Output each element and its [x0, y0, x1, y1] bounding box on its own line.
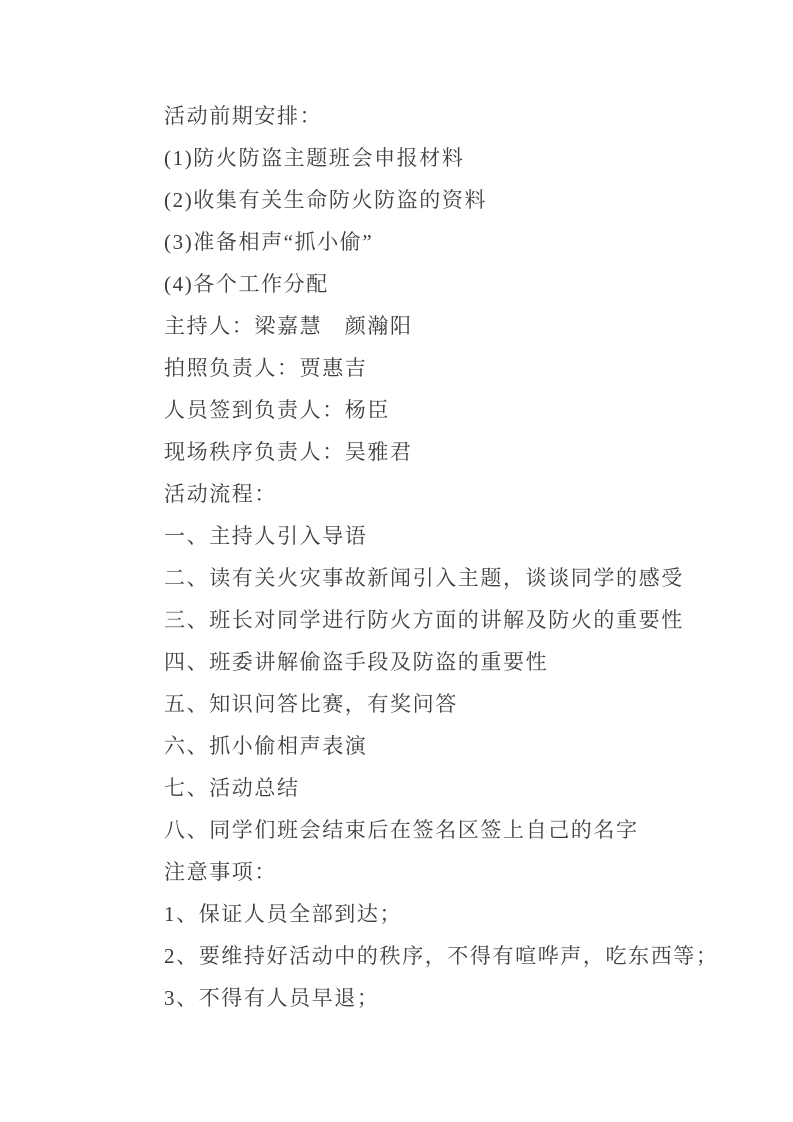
- line-note-3: 3、不得有人员早退；: [164, 977, 753, 1019]
- line-signin-lead: 人员签到负责人：杨臣: [164, 389, 753, 431]
- line-flow-step-8: 八、同学们班会结束后在签名区签上自己的名字: [164, 809, 753, 851]
- line-prep-item-2: (2)收集有关生命防火防盗的资料: [164, 179, 753, 221]
- line-flow-step-7: 七、活动总结: [164, 767, 753, 809]
- line-flow-step-6: 六、抓小偷相声表演: [164, 725, 753, 767]
- document-content: 活动前期安排： (1)防火防盗主题班会申报材料 (2)收集有关生命防火防盗的资料…: [164, 95, 753, 1019]
- line-activity-prep-heading: 活动前期安排：: [164, 95, 753, 137]
- line-flow-step-2: 二、读有关火灾事故新闻引入主题，谈谈同学的感受: [164, 557, 753, 599]
- line-flow-step-4: 四、班委讲解偷盗手段及防盗的重要性: [164, 641, 753, 683]
- line-activity-flow-heading: 活动流程：: [164, 473, 753, 515]
- line-flow-step-5: 五、知识问答比赛，有奖问答: [164, 683, 753, 725]
- line-flow-step-1: 一、主持人引入导语: [164, 515, 753, 557]
- line-photo-lead: 拍照负责人：贾惠吉: [164, 347, 753, 389]
- line-hosts: 主持人：梁嘉慧 颜瀚阳: [164, 305, 753, 347]
- line-order-lead: 现场秩序负责人：吴雅君: [164, 431, 753, 473]
- document-page: 活动前期安排： (1)防火防盗主题班会申报材料 (2)收集有关生命防火防盗的资料…: [0, 0, 793, 1122]
- line-prep-item-4: (4)各个工作分配: [164, 263, 753, 305]
- line-prep-item-3: (3)准备相声“抓小偷”: [164, 221, 753, 263]
- line-note-1: 1、保证人员全部到达；: [164, 893, 753, 935]
- line-notes-heading: 注意事项：: [164, 851, 753, 893]
- line-note-2: 2、要维持好活动中的秩序，不得有喧哗声，吃东西等；: [164, 935, 753, 977]
- line-flow-step-3: 三、班长对同学进行防火方面的讲解及防火的重要性: [164, 599, 753, 641]
- line-prep-item-1: (1)防火防盗主题班会申报材料: [164, 137, 753, 179]
